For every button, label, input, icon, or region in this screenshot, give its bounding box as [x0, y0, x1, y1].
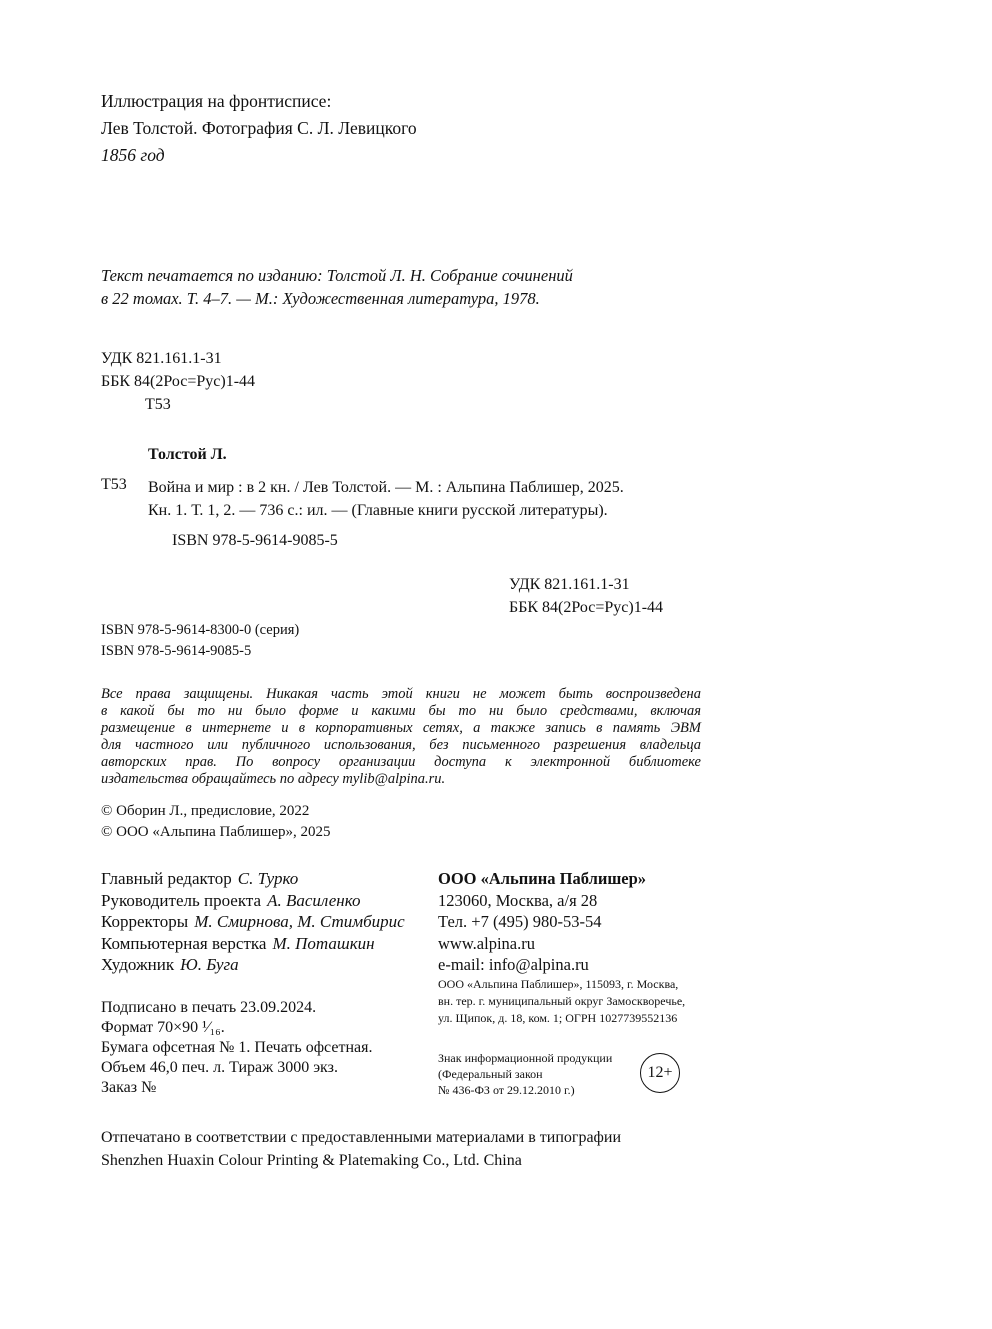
print-line: Формат 70×90 ¹⁄₁₆.: [101, 1018, 372, 1038]
sign-line: Знак информационной продукции: [438, 1050, 612, 1066]
rights-line: Все права защищены. Никакая часть этой к…: [101, 686, 701, 703]
staff-item: КорректорыМ. Смирнова, М. Стимбирис: [101, 911, 405, 933]
legal-line: ООО «Альпина Паблишер», 115093, г. Москв…: [438, 976, 685, 993]
staff-name: С. Турко: [238, 869, 299, 888]
isbn-list: ISBN 978-5-9614-8300-0 (серия) ISBN 978-…: [101, 620, 299, 662]
staff-name: М. Смирнова, М. Стимбирис: [194, 912, 405, 931]
rights-notice: Все права защищены. Никакая часть этой к…: [101, 686, 701, 788]
classification-top: УДК 821.161.1-31 ББК 84(2Рос=Рус)1-44 Т5…: [101, 347, 255, 416]
copyright-line: © Оборин Л., предисловие, 2022: [101, 801, 331, 822]
publisher-name: ООО «Альпина Паблишер»: [438, 868, 646, 890]
source-edition-note: Текст печатается по изданию: Толстой Л. …: [101, 264, 573, 310]
bibliographic-description: Война и мир : в 2 кн. / Лев Толстой. — М…: [148, 476, 624, 522]
print-line: Подписано в печать 23.09.2024.: [101, 998, 372, 1018]
staff-role: Руководитель проекта: [101, 891, 261, 910]
frontispiece-line: Иллюстрация на фронтисписе:: [101, 88, 417, 115]
publisher-phone: Тел. +7 (495) 980-53-54: [438, 911, 646, 933]
age-rating-label: 12+: [647, 1064, 672, 1082]
print-line: Объем 46,0 печ. л. Тираж 3000 экз.: [101, 1058, 372, 1078]
publisher-email: e-mail: info@alpina.ru: [438, 954, 646, 976]
udk-code: УДК 821.161.1-31: [509, 573, 663, 596]
staff-name: А. Василенко: [267, 891, 360, 910]
printed-by-line: Shenzhen Huaxin Colour Printing & Platem…: [101, 1149, 621, 1172]
record-author-sign: Т53: [101, 476, 127, 494]
bbk-code: ББК 84(2Рос=Рус)1-44: [101, 370, 255, 393]
print-details: Подписано в печать 23.09.2024. Формат 70…: [101, 998, 372, 1098]
bibliographic-line: Война и мир : в 2 кн. / Лев Толстой. — М…: [148, 476, 624, 499]
print-line: Заказ №: [101, 1078, 372, 1098]
staff-role: Корректоры: [101, 912, 188, 931]
record-isbn: ISBN 978-5-9614-9085-5: [172, 532, 338, 550]
publisher-website: www.alpina.ru: [438, 933, 646, 955]
age-rating-badge: 12+: [640, 1053, 680, 1093]
staff-item: ХудожникЮ. Буга: [101, 954, 405, 976]
frontispiece-year: 1856 год: [101, 142, 417, 169]
bibliographic-line: Кн. 1. Т. 1, 2. — 736 с.: ил. — (Главные…: [148, 499, 624, 522]
staff-item: Руководитель проектаА. Василенко: [101, 890, 405, 912]
print-line: Бумага офсетная № 1. Печать офсетная.: [101, 1038, 372, 1058]
bbk-code: ББК 84(2Рос=Рус)1-44: [509, 596, 663, 619]
sign-line: № 436-ФЗ от 29.12.2010 г.): [438, 1082, 612, 1098]
rights-line: для частного или публичного использовани…: [101, 737, 701, 754]
isbn-book: ISBN 978-5-9614-9085-5: [101, 641, 299, 662]
author-sign: Т53: [101, 393, 255, 416]
rights-line: в какой бы то ни было форме и какими бы …: [101, 703, 701, 720]
frontispiece-caption: Иллюстрация на фронтисписе: Лев Толстой.…: [101, 88, 417, 169]
record-author: Толстой Л.: [148, 446, 227, 464]
rights-line: авторских прав. По вопросу организации д…: [101, 754, 701, 771]
printed-by-line: Отпечатано в соответствии с предоставлен…: [101, 1126, 621, 1149]
isbn-series: ISBN 978-5-9614-8300-0 (серия): [101, 620, 299, 641]
copyrights: © Оборин Л., предисловие, 2022 © ООО «Ал…: [101, 801, 331, 843]
staff-item: Главный редакторС. Турко: [101, 868, 405, 890]
staff-role: Художник: [101, 955, 174, 974]
staff-item: Компьютерная версткаМ. Поташкин: [101, 933, 405, 955]
frontispiece-line: Лев Толстой. Фотография С. Л. Левицкого: [101, 115, 417, 142]
printed-by: Отпечатано в соответствии с предоставлен…: [101, 1126, 621, 1172]
source-edition-line: в 22 томах. Т. 4–7. — М.: Художественная…: [101, 287, 573, 310]
record-classification: УДК 821.161.1-31 ББК 84(2Рос=Рус)1-44: [509, 573, 663, 619]
staff-name: Ю. Буга: [180, 955, 239, 974]
publisher-legal-info: ООО «Альпина Паблишер», 115093, г. Москв…: [438, 976, 685, 1027]
staff-credits: Главный редакторС. Турко Руководитель пр…: [101, 868, 405, 976]
legal-line: вн. тер. г. муниципальный округ Замоскво…: [438, 993, 685, 1010]
info-product-sign: Знак информационной продукции (Федеральн…: [438, 1050, 612, 1098]
publisher-address: 123060, Москва, а/я 28: [438, 890, 646, 912]
rights-line: издательства обращайтесь по адресу mylib…: [101, 771, 701, 788]
staff-role: Главный редактор: [101, 869, 232, 888]
staff-role: Компьютерная верстка: [101, 934, 266, 953]
copyright-line: © ООО «Альпина Паблишер», 2025: [101, 822, 331, 843]
publisher-contacts: ООО «Альпина Паблишер» 123060, Москва, а…: [438, 868, 646, 976]
sign-line: (Федеральный закон: [438, 1066, 612, 1082]
source-edition-line: Текст печатается по изданию: Толстой Л. …: [101, 264, 573, 287]
staff-name: М. Поташкин: [272, 934, 374, 953]
rights-line: размещение в интернете и в корпоративных…: [101, 720, 701, 737]
udk-code: УДК 821.161.1-31: [101, 347, 255, 370]
legal-line: ул. Щипок, д. 18, ком. 1; ОГРН 102773955…: [438, 1010, 685, 1027]
